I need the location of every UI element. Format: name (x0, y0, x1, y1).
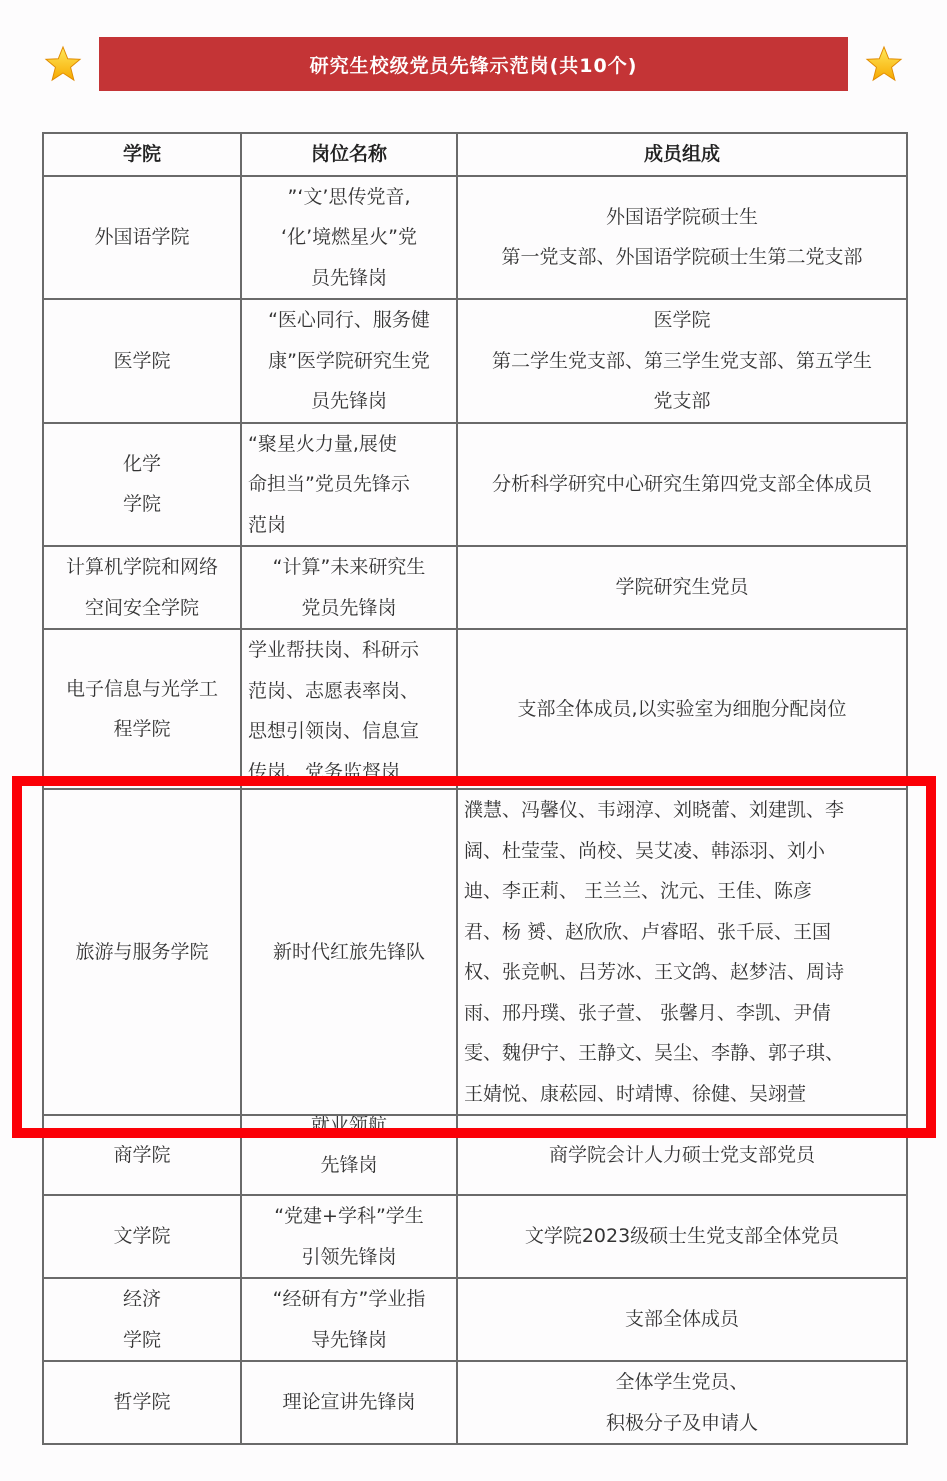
cell-line: 外国语学院 (50, 217, 234, 258)
college-cell: 文学院 (43, 1195, 241, 1278)
cell-line: 哲学院 (50, 1382, 234, 1423)
cell-line: ”‘文’思传党音, (248, 177, 450, 218)
cell-line: 新时代红旅先锋队 (248, 932, 450, 973)
post-cell: “经研有方”学业指 导先锋岗 (241, 1278, 457, 1361)
cell-line: 阔、杜莹莹、尚校、吴艾凌、韩添羽、刘小 (464, 831, 900, 872)
cell-line: “经研有方”学业指 (248, 1279, 450, 1320)
post-clip: 学业帮扶岗、科研示 范岗、志愿表率岗、 思想引领岗、信息宣 传岗、党务监督岗 (248, 630, 450, 788)
header-post: 岗位名称 (241, 133, 457, 176)
star-icon (865, 45, 903, 83)
title-banner: 研究生校级党员先锋示范岗(共10个) (99, 37, 848, 91)
cell-line: ‘化’境燃星火”党 (248, 217, 450, 258)
table-row: 哲学院 理论宣讲先锋岗 全体学生党员、 积极分子及申请人 (43, 1361, 907, 1444)
post-cell: ”‘文’思传党音, ‘化’境燃星火”党 员先锋岗 (241, 176, 457, 300)
post-cell: 学业帮扶岗、科研示 范岗、志愿表率岗、 思想引领岗、信息宣 传岗、党务监督岗 (241, 629, 457, 789)
cell-line: 外国语学院硕士生 (464, 197, 900, 238)
cell-line: 学院 (50, 1320, 234, 1361)
cell-line: 命担当”党员先锋示 (248, 464, 450, 505)
cell-line: 学业帮扶岗、科研示 (248, 630, 450, 671)
cell-line: 雯、魏伊宁、王静文、吴尘、李静、郭子琪、 (464, 1033, 900, 1074)
table-row: 文学院 “党建+学科”学生 引领先锋岗 文学院2023级硕士生党支部全体党员 (43, 1195, 907, 1278)
post-cell: 理论宣讲先锋岗 (241, 1361, 457, 1444)
cell-line: 理论宣讲先锋岗 (248, 1382, 450, 1423)
cell-line: 积极分子及申请人 (464, 1403, 900, 1444)
cell-line: 旅游与服务学院 (50, 932, 234, 973)
members-cell: 学院研究生党员 (457, 546, 907, 629)
cell-line: “聚星火力量,展使 (248, 424, 450, 465)
college-cell: 经济 学院 (43, 1278, 241, 1361)
cell-line: 君、杨 赟、赵欣欣、卢睿昭、张千辰、王国 (464, 912, 900, 953)
college-cell: 旅游与服务学院 (43, 789, 241, 1115)
members-cell: 濮慧、冯馨仪、韦翊淳、刘晓蕾、刘建凯、李 阔、杜莹莹、尚校、吴艾凌、韩添羽、刘小… (457, 789, 907, 1115)
members-cell: 全体学生党员、 积极分子及申请人 (457, 1361, 907, 1444)
college-cell: 商学院 (43, 1115, 241, 1195)
post-cell: 新时代红旅先锋队 (241, 789, 457, 1115)
cell-line: 濮慧、冯馨仪、韦翊淳、刘晓蕾、刘建凯、李 (464, 790, 900, 831)
cell-line: 空间安全学院 (50, 588, 234, 629)
table-row: 电子信息与光学工 程学院 学业帮扶岗、科研示 范岗、志愿表率岗、 思想引领岗、信… (43, 629, 907, 789)
cell-line: 学院研究生党员 (464, 567, 900, 608)
cell-line: 康”医学院研究生党 (248, 341, 450, 382)
cell-line: 就业领航 (248, 1115, 450, 1145)
cell-line: 文学院 (50, 1216, 234, 1257)
cell-line: 员先锋岗 (248, 258, 450, 299)
cell-line: 权、张竞帆、吕芳冰、王文鸽、赵梦洁、周诗 (464, 952, 900, 993)
table-row: 化学 学院 “聚星火力量,展使 命担当”党员先锋示 范岗 分析科学研究中心研究生… (43, 423, 907, 547)
cell-line: 迪、李正莉、 王兰兰、沈元、王佳、陈彦 (464, 871, 900, 912)
cell-line: 全体学生党员、 (464, 1362, 900, 1403)
cell-line: “计算”未来研究生 (248, 547, 450, 588)
post-cell: 就业领航 先锋岗 (241, 1115, 457, 1195)
college-cell: 外国语学院 (43, 176, 241, 300)
college-cell: 医学院 (43, 299, 241, 423)
college-cell: 化学 学院 (43, 423, 241, 547)
post-cell: “聚星火力量,展使 命担当”党员先锋示 范岗 (241, 423, 457, 547)
cell-line: 医学院 (464, 300, 900, 341)
post-clip: 就业领航 先锋岗 (248, 1115, 450, 1186)
vanguard-table: 学院 岗位名称 成员组成 外国语学院 ”‘文’思传党音, ‘化’境燃星火”党 员… (42, 132, 908, 1445)
cell-line: “党建+学科”学生 (248, 1196, 450, 1237)
members-cell: 医学院 第二学生党支部、第三学生党支部、第五学生 党支部 (457, 299, 907, 423)
table-row: 经济 学院 “经研有方”学业指 导先锋岗 支部全体成员 (43, 1278, 907, 1361)
members-cell: 外国语学院硕士生 第一党支部、外国语学院硕士生第二党支部 (457, 176, 907, 300)
members-cell: 分析科学研究中心研究生第四党支部全体成员 (457, 423, 907, 547)
cell-line: 计算机学院和网络 (50, 547, 234, 588)
cell-line: 员先锋岗 (248, 381, 450, 422)
cell-line: 范岗、志愿表率岗、 (248, 671, 450, 712)
members-cell: 商学院会计人力硕士党支部党员 (457, 1115, 907, 1195)
college-cell: 哲学院 (43, 1361, 241, 1444)
cell-line: 支部全体成员,以实验室为细胞分配岗位 (464, 689, 900, 730)
cell-line: “医心同行、服务健 (248, 300, 450, 341)
college-cell: 计算机学院和网络 空间安全学院 (43, 546, 241, 629)
members-cell: 支部全体成员 (457, 1278, 907, 1361)
table-row-highlighted: 旅游与服务学院 新时代红旅先锋队 濮慧、冯馨仪、韦翊淳、刘晓蕾、刘建凯、李 阔、… (43, 789, 907, 1115)
table-header-row: 学院 岗位名称 成员组成 (43, 133, 907, 176)
cell-line: 雨、邢丹璞、张子萱、 张馨月、李凯、尹倩 (464, 993, 900, 1034)
cell-line: 党员先锋岗 (248, 588, 450, 629)
header-members: 成员组成 (457, 133, 907, 176)
cell-line: 第二学生党支部、第三学生党支部、第五学生 (464, 341, 900, 382)
cell-line: 引领先锋岗 (248, 1237, 450, 1278)
cell-line: 思想引领岗、信息宣 (248, 711, 450, 752)
cell-line: 范岗 (248, 505, 450, 546)
cell-line: 导先锋岗 (248, 1320, 450, 1361)
cell-line: 文学院2023级硕士生党支部全体党员 (464, 1216, 900, 1257)
cell-line: 电子信息与光学工 (50, 669, 234, 710)
cell-line: 分析科学研究中心研究生第四党支部全体成员 (464, 464, 900, 505)
cell-line: 先锋岗 (248, 1145, 450, 1186)
members-cell: 文学院2023级硕士生党支部全体党员 (457, 1195, 907, 1278)
post-cell: “医心同行、服务健 康”医学院研究生党 员先锋岗 (241, 299, 457, 423)
cell-line: 传岗、党务监督岗 (248, 752, 450, 789)
post-cell: “党建+学科”学生 引领先锋岗 (241, 1195, 457, 1278)
cell-line: 程学院 (50, 709, 234, 750)
cell-line: 化学 (50, 444, 234, 485)
members-cell: 支部全体成员,以实验室为细胞分配岗位 (457, 629, 907, 789)
cell-line: 王婧悦、康菘园、时靖博、徐健、吴翊萱 (464, 1074, 900, 1115)
table-row: 商学院 就业领航 先锋岗 商学院会计人力硕士党支部党员 (43, 1115, 907, 1195)
cell-line: 商学院 (50, 1135, 234, 1176)
post-cell: “计算”未来研究生 党员先锋岗 (241, 546, 457, 629)
college-cell: 电子信息与光学工 程学院 (43, 629, 241, 789)
cell-line: 学院 (50, 484, 234, 525)
cell-line: 商学院会计人力硕士党支部党员 (464, 1135, 900, 1176)
banner-title: 研究生校级党员先锋示范岗(共10个) (310, 51, 638, 78)
cell-line: 支部全体成员 (464, 1299, 900, 1340)
header-college: 学院 (43, 133, 241, 176)
cell-line: 党支部 (464, 381, 900, 422)
cell-line: 第一党支部、外国语学院硕士生第二党支部 (464, 237, 900, 278)
table-row: 外国语学院 ”‘文’思传党音, ‘化’境燃星火”党 员先锋岗 外国语学院硕士生 … (43, 176, 907, 300)
star-icon (44, 45, 82, 83)
table-row: 医学院 “医心同行、服务健 康”医学院研究生党 员先锋岗 医学院 第二学生党支部… (43, 299, 907, 423)
cell-line: 经济 (50, 1279, 234, 1320)
cell-line: 医学院 (50, 341, 234, 382)
table-row: 计算机学院和网络 空间安全学院 “计算”未来研究生 党员先锋岗 学院研究生党员 (43, 546, 907, 629)
